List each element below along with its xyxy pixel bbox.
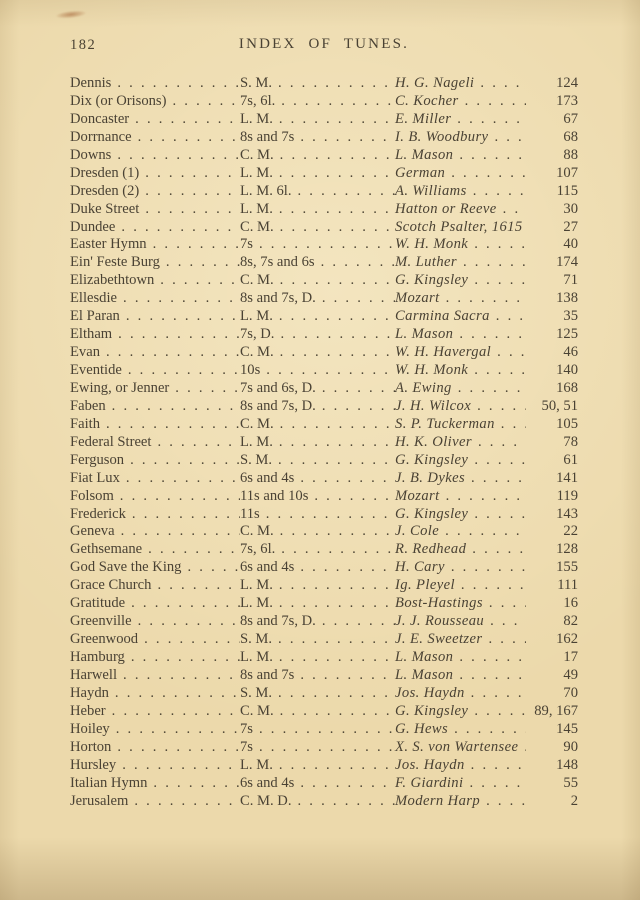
dot-leader: . . . . . . . . . . . . . . . . . . . . … [122, 362, 240, 380]
dot-leader: . . . . . . . . . . . . . . . . . . . . … [151, 434, 240, 452]
dot-leader: . . . . . . . . . . . . . . . . . . . . … [273, 595, 395, 613]
tune-meter: 8s and 7s [240, 667, 294, 685]
dot-leader: . . . . . . . . . . . . . . . . . . . . … [316, 613, 395, 631]
dot-leader: . . . . . . . . . . . . . . . . . . . . … [154, 272, 240, 290]
tune-composer: S. P. Tuckerman [395, 416, 495, 434]
tune-page-number: 173 [526, 93, 578, 111]
dot-leader: . . . . . . . . . . . . . . . . . . . . … [274, 703, 395, 721]
tune-name: Duke Street [70, 201, 139, 219]
tune-page-number: 107 [526, 165, 578, 183]
tune-composer: G. Hews [395, 721, 448, 739]
tune-composer: X. S. von Wartensee [395, 739, 518, 757]
tune-meter: C. M. D. [240, 793, 292, 811]
dot-leader: . . . . . . . . . . . . . . . . . . . . … [253, 721, 395, 739]
index-row: Harwell. . . . . . . . . . . . . . . . .… [70, 667, 578, 685]
index-row: Doncaster. . . . . . . . . . . . . . . .… [70, 111, 578, 129]
tune-page-number: 140 [526, 362, 578, 380]
tune-page-number: 119 [526, 488, 578, 506]
tune-meter: C. M. [240, 272, 274, 290]
book-page: 182 INDEX OF TUNES. Dennis. . . . . . . … [0, 0, 640, 900]
tune-meter: L. M. 6l. [240, 183, 291, 201]
tune-page-number: 68 [526, 129, 578, 147]
index-row: Faith. . . . . . . . . . . . . . . . . .… [70, 416, 578, 434]
index-row: Hamburg. . . . . . . . . . . . . . . . .… [70, 649, 578, 667]
tune-name: God Save the King [70, 559, 181, 577]
tune-page-number: 124 [526, 75, 578, 93]
dot-leader: . . . . . . . . . . . . . . . . . . . . … [181, 559, 240, 577]
tune-meter: C. M. [240, 147, 274, 165]
dot-leader: . . . . . . . . . . . . . . . . . . . . … [455, 577, 526, 595]
dot-leader: . . . . . . . . . . . . . . . . . . . . … [275, 541, 395, 559]
tune-name: Dresden (1) [70, 165, 139, 183]
index-row: Fiat Lux. . . . . . . . . . . . . . . . … [70, 470, 578, 488]
dot-leader: . . . . . . . . . . . . . . . . . . . . … [294, 667, 395, 685]
dot-leader: . . . . . . . . . . . . . . . . . . . . … [117, 290, 240, 308]
tune-composer: L. Mason [395, 147, 453, 165]
page-number: 182 [70, 37, 96, 54]
tune-name: Grace Church [70, 577, 151, 595]
tune-meter: S. M. [240, 685, 272, 703]
dot-leader: . . . . . . . . . . . . . . . . . . . . … [440, 290, 526, 308]
index-row: Greenwood. . . . . . . . . . . . . . . .… [70, 631, 578, 649]
dot-leader: . . . . . . . . . . . . . . . . . . . . … [445, 165, 526, 183]
dot-leader: . . . . . . . . . . . . . . . . . . . . … [453, 649, 526, 667]
tune-page-number: 148 [526, 757, 578, 775]
dot-leader: . . . . . . . . . . . . . . . . . . . . … [273, 201, 395, 219]
tune-meter: L. M. [240, 595, 273, 613]
tune-page-number: 2 [526, 793, 578, 811]
tune-page-number: 49 [526, 667, 578, 685]
dot-leader: . . . . . . . . . . . . . . . . . . . . … [139, 165, 240, 183]
tune-name: Hoiley [70, 721, 110, 739]
index-row: Gratitude. . . . . . . . . . . . . . . .… [70, 595, 578, 613]
index-row: Elizabethtown. . . . . . . . . . . . . .… [70, 272, 578, 290]
tune-page-number: 22 [526, 523, 578, 541]
index-row: Hursley. . . . . . . . . . . . . . . . .… [70, 757, 578, 775]
tune-name: Fiat Lux [70, 470, 120, 488]
dot-leader: . . . . . . . . . . . . . . . . . . . . … [138, 631, 240, 649]
tune-meter: 7s and 6s, D. [240, 380, 316, 398]
dot-leader: . . . . . . . . . . . . . . . . . . . . … [465, 685, 526, 703]
index-row: God Save the King. . . . . . . . . . . .… [70, 559, 578, 577]
dot-leader: . . . . . . . . . . . . . . . . . . . . … [274, 326, 395, 344]
tune-composer: H. K. Oliver [395, 434, 472, 452]
tune-meter: 7s, 6l. [240, 541, 275, 559]
tune-composer: A. Ewing [395, 380, 452, 398]
dot-leader: . . . . . . . . . . . . . . . . . . . . … [453, 147, 526, 165]
tune-name: Dresden (2) [70, 183, 139, 201]
dot-leader: . . . . . . . . . . . . . . . . . . . . … [468, 452, 526, 470]
tune-meter: L. M. [240, 434, 273, 452]
dot-leader: . . . . . . . . . . . . . . . . . . . . … [115, 523, 240, 541]
tune-page-number: 17 [526, 649, 578, 667]
dot-leader: . . . . . . . . . . . . . . . . . . . . … [116, 757, 240, 775]
dot-leader: . . . . . . . . . . . . . . . . . . . . … [272, 685, 395, 703]
tune-page-number: 125 [526, 326, 578, 344]
tune-composer: J. Cole [395, 523, 439, 541]
dot-leader: . . . . . . . . . . . . . . . . . . . . … [126, 506, 240, 524]
tune-composer: H. G. Nageli [395, 75, 474, 93]
tune-page-number: 55 [526, 775, 578, 793]
dot-leader: . . . . . . . . . . . . . . . . . . . . … [273, 434, 395, 452]
tune-page-number: 27 [526, 219, 578, 237]
tune-composer: F. Giardini [395, 775, 463, 793]
dot-leader: . . . . . . . . . . . . . . . . . . . . … [292, 793, 396, 811]
index-row: Jerusalem. . . . . . . . . . . . . . . .… [70, 793, 578, 811]
dot-leader: . . . . . . . . . . . . . . . . . . . . … [466, 541, 526, 559]
tune-composer: Hatton or Reeve [395, 201, 497, 219]
dot-leader: . . . . . . . . . . . . . . . . . . . . … [294, 470, 395, 488]
tune-page-number: 168 [526, 380, 578, 398]
dot-leader: . . . . . . . . . . . . . . . . . . . . … [315, 254, 395, 272]
ink-smudge [56, 9, 87, 19]
tune-page-number: 115 [526, 183, 578, 201]
index-row: Duke Street. . . . . . . . . . . . . . .… [70, 201, 578, 219]
dot-leader: . . . . . . . . . . . . . . . . . . . . … [260, 362, 395, 380]
dot-leader: . . . . . . . . . . . . . . . . . . . . … [106, 398, 240, 416]
dot-leader: . . . . . . . . . . . . . . . . . . . . … [468, 362, 526, 380]
tune-page-number: 111 [526, 577, 578, 595]
tune-name: Eltham [70, 326, 112, 344]
index-row: Dresden (2). . . . . . . . . . . . . . .… [70, 183, 578, 201]
index-row: Ferguson. . . . . . . . . . . . . . . . … [70, 452, 578, 470]
dot-leader: . . . . . . . . . . . . . . . . . . . . … [316, 398, 395, 416]
index-row: Dresden (1). . . . . . . . . . . . . . .… [70, 165, 578, 183]
tune-page-number: 82 [526, 613, 578, 631]
tune-meter: C. M. [240, 703, 274, 721]
tune-page-number: 16 [526, 595, 578, 613]
index-row: Eventide. . . . . . . . . . . . . . . . … [70, 362, 578, 380]
index-row: Faben. . . . . . . . . . . . . . . . . .… [70, 398, 578, 416]
tune-page-number: 138 [526, 290, 578, 308]
dot-leader: . . . . . . . . . . . . . . . . . . . . … [125, 649, 240, 667]
dot-leader: . . . . . . . . . . . . . . . . . . . . … [468, 272, 526, 290]
dot-leader: . . . . . . . . . . . . . . . . . . . . … [439, 523, 526, 541]
dot-leader: . . . . . . . . . . . . . . . . . . . . … [468, 506, 526, 524]
tune-composer: Mozart [395, 488, 440, 506]
tune-name: Harwell [70, 667, 117, 685]
dot-leader: . . . . . . . . . . . . . . . . . . . . … [132, 613, 240, 631]
tune-name: Gratitude [70, 595, 125, 613]
tune-page-number: 143 [526, 506, 578, 524]
tune-meter: L. M. [240, 165, 273, 183]
dot-leader: . . . . . . . . . . . . . . . . . . . . … [132, 129, 240, 147]
dot-leader: . . . . . . . . . . . . . . . . . . . . … [253, 236, 395, 254]
dot-leader: . . . . . . . . . . . . . . . . . . . . … [274, 272, 395, 290]
dot-leader: . . . . . . . . . . . . . . . . . . . . … [110, 721, 240, 739]
dot-leader: . . . . . . . . . . . . . . . . . . . . … [484, 613, 526, 631]
dot-leader: . . . . . . . . . . . . . . . . . . . . … [115, 219, 240, 237]
tune-name: Downs [70, 147, 111, 165]
index-row: Ein' Feste Burg. . . . . . . . . . . . .… [70, 254, 578, 272]
tune-meter: 8s and 7s, D. [240, 290, 316, 308]
dot-leader: . . . . . . . . . . . . . . . . . . . . … [111, 75, 240, 93]
tune-composer: W. H. Monk [395, 362, 468, 380]
dot-leader: . . . . . . . . . . . . . . . . . . . . … [495, 416, 526, 434]
dot-leader: . . . . . . . . . . . . . . . . . . . . … [147, 236, 240, 254]
dot-leader: . . . . . . . . . . . . . . . . . . . . … [160, 254, 240, 272]
tune-page-number: 88 [526, 147, 578, 165]
index-row: Dennis. . . . . . . . . . . . . . . . . … [70, 75, 578, 93]
tune-name: Faith [70, 416, 100, 434]
dot-leader: . . . . . . . . . . . . . . . . . . . . … [273, 165, 395, 183]
dot-leader: . . . . . . . . . . . . . . . . . . . . … [465, 470, 526, 488]
dot-leader: . . . . . . . . . . . . . . . . . . . . … [253, 739, 395, 757]
dot-leader: . . . . . . . . . . . . . . . . . . . . … [273, 111, 395, 129]
tune-page-number: 89, 167 [526, 703, 578, 721]
dot-leader: . . . . . . . . . . . . . . . . . . . . … [139, 183, 240, 201]
tune-meter: 11s and 10s [240, 488, 308, 506]
tune-name: Doncaster [70, 111, 129, 129]
dot-leader: . . . . . . . . . . . . . . . . . . . . … [440, 488, 526, 506]
index-row: Horton. . . . . . . . . . . . . . . . . … [70, 739, 578, 757]
tune-page-number: 128 [526, 541, 578, 559]
dot-leader: . . . . . . . . . . . . . . . . . . . . … [294, 129, 395, 147]
tune-page-number: 35 [526, 308, 578, 326]
dot-leader: . . . . . . . . . . . . . . . . . . . . … [468, 236, 526, 254]
tune-composer: Mozart [395, 290, 440, 308]
index-row: Folsom. . . . . . . . . . . . . . . . . … [70, 488, 578, 506]
tune-composer: Bost-Hastings [395, 595, 483, 613]
dot-leader: . . . . . . . . . . . . . . . . . . . . … [139, 201, 240, 219]
dot-leader: . . . . . . . . . . . . . . . . . . . . … [453, 326, 526, 344]
tune-composer: Scotch Psalter, 1615 [395, 219, 523, 237]
tune-page-number: 78 [526, 434, 578, 452]
tune-meter: 7s, D. [240, 326, 274, 344]
index-row: Easter Hymn. . . . . . . . . . . . . . .… [70, 236, 578, 254]
dot-leader: . . . . . . . . . . . . . . . . . . . . … [491, 344, 526, 362]
tune-composer: J. J. Rousseau [395, 613, 484, 631]
index-row: Ewing, or Jenner. . . . . . . . . . . . … [70, 380, 578, 398]
tune-page-number: 61 [526, 452, 578, 470]
tune-composer: R. Redhead [395, 541, 466, 559]
dot-leader: . . . . . . . . . . . . . . . . . . . . … [465, 757, 526, 775]
dot-leader: . . . . . . . . . . . . . . . . . . . . … [142, 541, 240, 559]
tune-page-number: 145 [526, 721, 578, 739]
tune-meter: 8s, 7s and 6s [240, 254, 315, 272]
tune-composer: E. Miller [395, 111, 451, 129]
tune-meter: S. M. [240, 452, 272, 470]
dot-leader: . . . . . . . . . . . . . . . . . . . . … [166, 93, 240, 111]
dot-leader: . . . . . . . . . . . . . . . . . . . . … [459, 93, 526, 111]
tune-composer: M. Luther [395, 254, 457, 272]
tune-page-number: 155 [526, 559, 578, 577]
tune-name: Eventide [70, 362, 122, 380]
tune-name: Dorrnance [70, 129, 132, 147]
tune-composer: C. Kocher [395, 93, 459, 111]
tune-name: Ewing, or Jenner [70, 380, 169, 398]
tune-name: Dennis [70, 75, 111, 93]
dot-leader: . . . . . . . . . . . . . . . . . . . . … [272, 75, 395, 93]
tune-name: Evan [70, 344, 100, 362]
tune-composer: Modern Harp [395, 793, 480, 811]
dot-leader: . . . . . . . . . . . . . . . . . . . . … [117, 667, 240, 685]
dot-leader: . . . . . . . . . . . . . . . . . . . . … [452, 380, 526, 398]
dot-leader: . . . . . . . . . . . . . . . . . . . . … [273, 757, 395, 775]
index-row: Frederick. . . . . . . . . . . . . . . .… [70, 506, 578, 524]
tune-composer: J. E. Sweetzer [395, 631, 482, 649]
dot-leader: . . . . . . . . . . . . . . . . . . . . … [120, 470, 240, 488]
tune-name: Hamburg [70, 649, 125, 667]
dot-leader: . . . . . . . . . . . . . . . . . . . . … [488, 129, 526, 147]
tune-meter: 10s [240, 362, 260, 380]
dot-leader: . . . . . . . . . . . . . . . . . . . . … [463, 775, 526, 793]
tune-composer: W. H. Havergal [395, 344, 491, 362]
tune-meter: 7s, 6l. [240, 93, 275, 111]
tune-meter: 7s [240, 721, 253, 739]
tune-index-list: Dennis. . . . . . . . . . . . . . . . . … [70, 75, 578, 810]
dot-leader: . . . . . . . . . . . . . . . . . . . . … [453, 667, 526, 685]
tune-composer: G. Kingsley [395, 452, 468, 470]
tune-name: Federal Street [70, 434, 151, 452]
tune-name: Elizabethtown [70, 272, 154, 290]
dot-leader: . . . . . . . . . . . . . . . . . . . . … [274, 344, 395, 362]
dot-leader: . . . . . . . . . . . . . . . . . . . . … [147, 775, 240, 793]
dot-leader: . . . . . . . . . . . . . . . . . . . . … [106, 703, 240, 721]
index-row: Gethsemane. . . . . . . . . . . . . . . … [70, 541, 578, 559]
index-row: Italian Hymn. . . . . . . . . . . . . . … [70, 775, 578, 793]
dot-leader: . . . . . . . . . . . . . . . . . . . . … [472, 434, 526, 452]
dot-leader: . . . . . . . . . . . . . . . . . . . . … [272, 452, 395, 470]
tune-page-number: 30 [526, 201, 578, 219]
tune-meter: C. M. [240, 219, 274, 237]
tune-name: Gethsemane [70, 541, 142, 559]
tune-meter: 8s and 7s [240, 129, 294, 147]
page-content: 182 INDEX OF TUNES. Dennis. . . . . . . … [70, 36, 578, 810]
dot-leader: . . . . . . . . . . . . . . . . . . . . … [294, 775, 395, 793]
dot-leader: . . . . . . . . . . . . . . . . . . . . … [316, 290, 395, 308]
dot-leader: . . . . . . . . . . . . . . . . . . . . … [275, 93, 395, 111]
tune-composer: German [395, 165, 445, 183]
tune-name: Jerusalem [70, 793, 128, 811]
tune-meter: 7s [240, 236, 253, 254]
dot-leader: . . . . . . . . . . . . . . . . . . . . … [483, 595, 526, 613]
dot-leader: . . . . . . . . . . . . . . . . . . . . … [457, 254, 526, 272]
tune-name: Horton [70, 739, 111, 757]
page-title: INDEX OF TUNES. [70, 36, 578, 53]
dot-leader: . . . . . . . . . . . . . . . . . . . . … [100, 416, 240, 434]
dot-leader: . . . . . . . . . . . . . . . . . . . . … [467, 183, 526, 201]
tune-name: Frederick [70, 506, 126, 524]
dot-leader: . . . . . . . . . . . . . . . . . . . . … [124, 452, 240, 470]
tune-meter: C. M. [240, 416, 274, 434]
dot-leader: . . . . . . . . . . . . . . . . . . . . … [482, 631, 526, 649]
tune-composer: I. B. Woodbury [395, 129, 488, 147]
dot-leader: . . . . . . . . . . . . . . . . . . . . … [274, 219, 395, 237]
tune-name: Ein' Feste Burg [70, 254, 160, 272]
tune-name: Haydn [70, 685, 109, 703]
dot-leader: . . . . . . . . . . . . . . . . . . . . … [273, 308, 395, 326]
tune-page-number: 174 [526, 254, 578, 272]
tune-composer: Carmina Sacra [395, 308, 490, 326]
tune-composer: A. Williams [395, 183, 467, 201]
tune-meter: S. M. [240, 75, 272, 93]
index-row: Hoiley. . . . . . . . . . . . . . . . . … [70, 721, 578, 739]
dot-leader: . . . . . . . . . . . . . . . . . . . . … [480, 793, 526, 811]
tune-name: Greenville [70, 613, 132, 631]
index-row: Ellesdie. . . . . . . . . . . . . . . . … [70, 290, 578, 308]
tune-page-number: 50, 51 [526, 398, 578, 416]
index-row: Greenville. . . . . . . . . . . . . . . … [70, 613, 578, 631]
dot-leader: . . . . . . . . . . . . . . . . . . . . … [129, 111, 240, 129]
tune-name: Geneva [70, 523, 115, 541]
tune-meter: 7s [240, 739, 253, 757]
tune-composer: L. Mason [395, 649, 453, 667]
dot-leader: . . . . . . . . . . . . . . . . . . . . … [497, 201, 526, 219]
tune-composer: J. B. Dykes [395, 470, 465, 488]
tune-name: Folsom [70, 488, 114, 506]
tune-composer: L. Mason [395, 326, 453, 344]
dot-leader: . . . . . . . . . . . . . . . . . . . . … [294, 559, 395, 577]
tune-name: Easter Hymn [70, 236, 147, 254]
tune-composer: Jos. Haydn [395, 685, 465, 703]
tune-meter: C. M. [240, 344, 274, 362]
tune-meter: 6s and 4s [240, 559, 294, 577]
tune-composer: Ig. Pleyel [395, 577, 455, 595]
dot-leader: . . . . . . . . . . . . . . . . . . . . … [112, 326, 240, 344]
dot-leader: . . . . . . . . . . . . . . . . . . . . … [169, 380, 240, 398]
tune-meter: 8s and 7s, D. [240, 398, 316, 416]
tune-composer: J. H. Wilcox [395, 398, 471, 416]
dot-leader: . . . . . . . . . . . . . . . . . . . . … [451, 111, 526, 129]
dot-leader: . . . . . . . . . . . . . . . . . . . . … [260, 506, 395, 524]
tune-meter: L. M. [240, 649, 273, 667]
tune-page-number: 67 [526, 111, 578, 129]
tune-composer: G. Kingsley [395, 506, 468, 524]
tune-page-number: 70 [526, 685, 578, 703]
dot-leader: . . . . . . . . . . . . . . . . . . . . … [490, 308, 526, 326]
tune-meter: S. M. [240, 631, 272, 649]
tune-composer: W. H. Monk [395, 236, 468, 254]
dot-leader: . . . . . . . . . . . . . . . . . . . . … [291, 183, 395, 201]
tune-name: Heber [70, 703, 106, 721]
index-row: Dorrnance. . . . . . . . . . . . . . . .… [70, 129, 578, 147]
page-header: 182 INDEX OF TUNES. [70, 36, 578, 56]
index-row: Geneva. . . . . . . . . . . . . . . . . … [70, 523, 578, 541]
tune-name: Dix (or Orisons) [70, 93, 166, 111]
tune-page-number: 141 [526, 470, 578, 488]
tune-meter: 6s and 4s [240, 775, 294, 793]
index-row: Dundee. . . . . . . . . . . . . . . . . … [70, 219, 578, 237]
dot-leader: . . . . . . . . . . . . . . . . . . . . … [128, 793, 240, 811]
tune-composer: G. Kingsley [395, 272, 468, 290]
tune-name: Hursley [70, 757, 116, 775]
tune-composer: L. Mason [395, 667, 453, 685]
dot-leader: . . . . . . . . . . . . . . . . . . . . … [518, 739, 526, 757]
dot-leader: . . . . . . . . . . . . . . . . . . . . … [114, 488, 240, 506]
tune-page-number: 46 [526, 344, 578, 362]
index-row: Evan. . . . . . . . . . . . . . . . . . … [70, 344, 578, 362]
dot-leader: . . . . . . . . . . . . . . . . . . . . … [100, 344, 240, 362]
index-row: Haydn. . . . . . . . . . . . . . . . . .… [70, 685, 578, 703]
tune-meter: L. M. [240, 308, 273, 326]
dot-leader: . . . . . . . . . . . . . . . . . . . . … [274, 416, 395, 434]
dot-leader: . . . . . . . . . . . . . . . . . . . . … [111, 147, 240, 165]
dot-leader: . . . . . . . . . . . . . . . . . . . . … [468, 703, 526, 721]
index-row: Dix (or Orisons). . . . . . . . . . . . … [70, 93, 578, 111]
tune-meter: C. M. [240, 523, 274, 541]
tune-composer: Jos. Haydn [395, 757, 465, 775]
dot-leader: . . . . . . . . . . . . . . . . . . . . … [316, 380, 395, 398]
tune-name: Ferguson [70, 452, 124, 470]
dot-leader: . . . . . . . . . . . . . . . . . . . . … [474, 75, 526, 93]
tune-meter: L. M. [240, 757, 273, 775]
index-row: Federal Street. . . . . . . . . . . . . … [70, 434, 578, 452]
dot-leader: . . . . . . . . . . . . . . . . . . . . … [448, 721, 526, 739]
dot-leader: . . . . . . . . . . . . . . . . . . . . … [445, 559, 526, 577]
tune-page-number: 40 [526, 236, 578, 254]
dot-leader: . . . . . . . . . . . . . . . . . . . . … [471, 398, 526, 416]
